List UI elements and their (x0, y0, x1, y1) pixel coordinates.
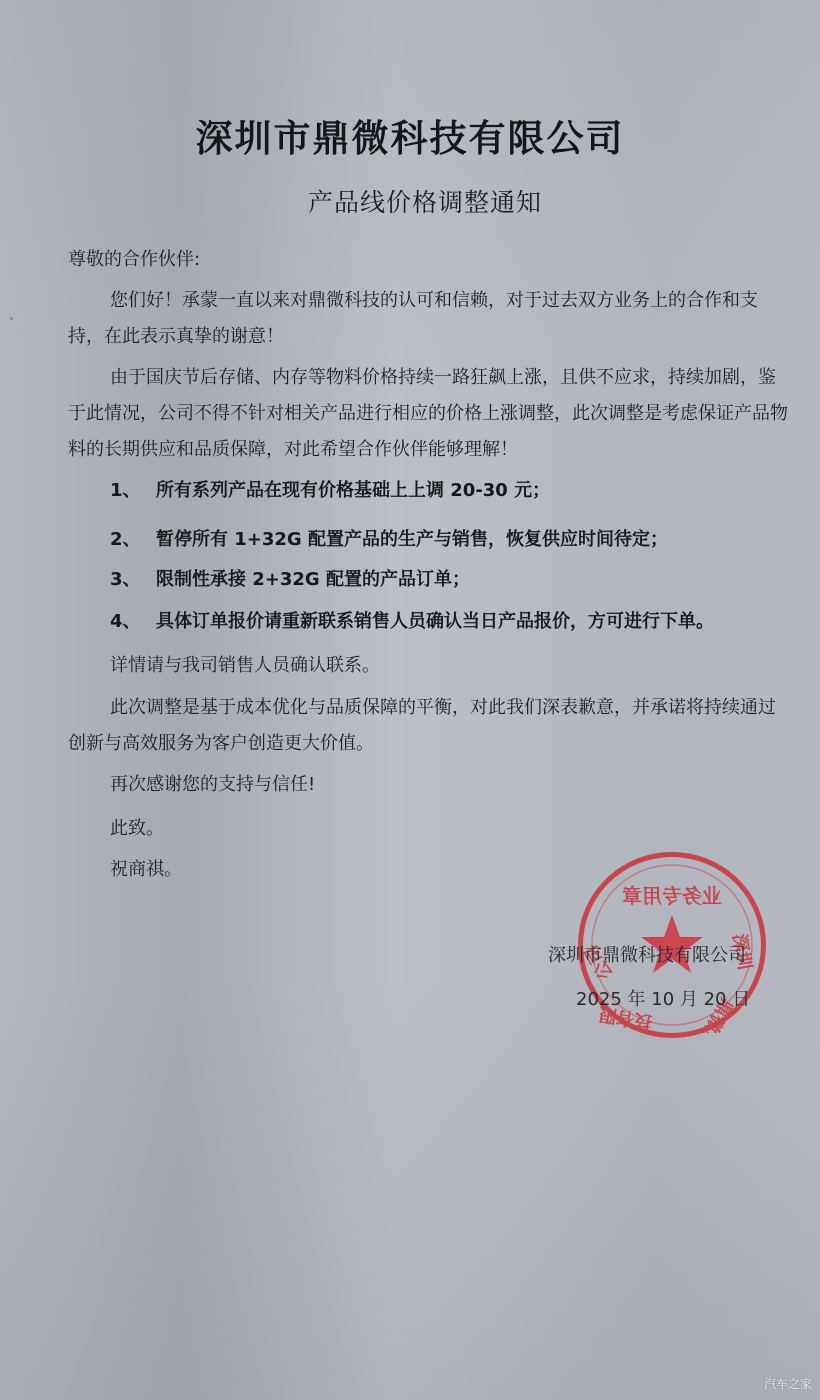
intro-paragraph: 您们好！承蒙一直以来对鼎微科技的认可和信赖，对于过去双方业务上的合作和支持，在此… (68, 283, 788, 355)
closing-paragraph: 此次调整是基于成本优化与品质保障的平衡，对此我们深表歉意，并承诺将持续通过创新与… (68, 690, 788, 762)
signature-company: 深圳市鼎微科技有限公司 (548, 941, 746, 967)
list-item-text: 限制性承接 2+32G 配置的产品订单； (156, 569, 470, 590)
list-item-text: 暂停所有 1+32G 配置产品的生产与销售，恢复供应时间待定； (156, 529, 668, 550)
watermark: 汽车之家 (764, 1375, 812, 1392)
company-heading: 深圳市鼎微科技有限公司 (0, 108, 820, 162)
svg-text:业务专用章: 业务专用章 (622, 884, 722, 908)
list-item: 2、暂停所有 1+32G 配置产品的生产与销售，恢复供应时间待定； (110, 525, 668, 551)
salutation-line-2: 祝商祺。 (110, 852, 182, 888)
reason-paragraph: 由于国庆节后存储、内存等物料价格持续一路狂飙上涨，且供不应求，持续加剧，鉴于此情… (68, 360, 788, 468)
list-item: 1、所有系列产品在现有价格基础上上调 20-30 元； (110, 476, 550, 502)
list-item: 3、限制性承接 2+32G 配置的产品订单； (110, 565, 470, 591)
salutation-line-1: 此致。 (110, 811, 164, 847)
list-item-number: 3、 (110, 565, 156, 591)
list-item-number: 2、 (110, 525, 156, 551)
contact-line: 详情请与我司销售人员确认联系。 (110, 648, 380, 684)
notice-title: 产品线价格调整通知 (0, 183, 820, 219)
paper-speck (10, 317, 13, 320)
list-item: 4、具体订单报价请重新联系销售人员确认当日产品报价，方可进行下单。 (110, 607, 714, 633)
list-item-number: 4、 (110, 607, 156, 633)
signature-date: 2025 年 10 月 20 日 (576, 985, 750, 1011)
list-item-text: 具体订单报价请重新联系销售人员确认当日产品报价，方可进行下单。 (156, 611, 714, 632)
greeting: 尊敬的合作伙伴: (68, 242, 200, 278)
list-item-text: 所有系列产品在现有价格基础上上调 20-30 元； (156, 480, 550, 501)
thanks-line: 再次感谢您的支持与信任! (110, 767, 315, 803)
list-item-number: 1、 (110, 476, 156, 502)
